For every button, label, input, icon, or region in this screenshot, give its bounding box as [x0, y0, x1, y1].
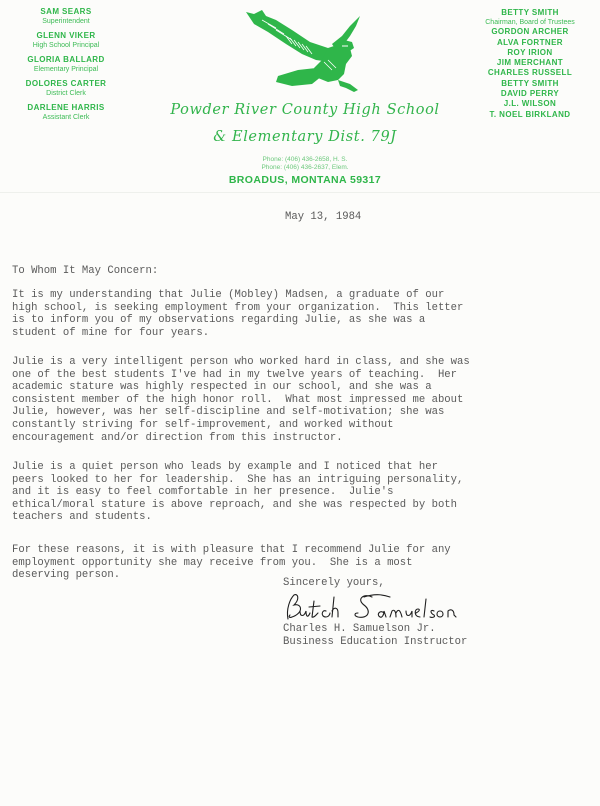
letter-date: May 13, 1984 — [285, 211, 361, 224]
city-address: BROADUS, MONTANA 59317 — [200, 174, 410, 186]
trustee-name: J.L. WILSON — [470, 99, 590, 109]
staff-role: Elementary Principal — [18, 65, 114, 74]
trustee-name: CHARLES RUSSELL — [470, 68, 590, 78]
trustee-name: T. NOEL BIRKLAND — [470, 110, 590, 120]
trustee-name: ALVA FORTNER — [470, 38, 590, 48]
paragraph-3: Julie is a quiet person who leads by exa… — [12, 461, 463, 524]
signature: Butch Samuelson — [280, 591, 480, 625]
staff-entry: DOLORES CARTER District Clerk — [18, 78, 114, 98]
staff-name: SAM SEARS — [18, 6, 114, 17]
trustee-name: ROY IRION — [470, 48, 590, 58]
school-name: Powder River County High School — [150, 102, 460, 118]
staff-entry: GLENN VIKER High School Principal — [18, 30, 114, 50]
closing: Sincerely yours, — [283, 577, 385, 590]
staff-entry: GLORIA BALLARD Elementary Principal — [18, 54, 114, 74]
staff-role: Assistant Clerk — [18, 113, 114, 122]
staff-role: Superintendent — [18, 17, 114, 26]
staff-role: District Clerk — [18, 89, 114, 98]
trustee-role: Chairman, Board of Trustees — [470, 18, 590, 27]
staff-name: GLENN VIKER — [18, 30, 114, 41]
staff-name: GLORIA BALLARD — [18, 54, 114, 65]
trustee-name: JIM MERCHANT — [470, 58, 590, 68]
eagle-icon — [232, 4, 382, 98]
phone-elem: Phone: (406) 436-2637, Elem. — [200, 164, 410, 172]
phone-hs: Phone: (406) 436-2658, H. S. — [200, 156, 410, 164]
paragraph-4: For these reasons, it is with pleasure t… — [12, 544, 451, 582]
paragraph-2: Julie is a very intelligent person who w… — [12, 356, 470, 444]
school-district: & Elementary Dist. 79J — [150, 129, 460, 145]
salutation: To Whom It May Concern: — [12, 265, 158, 278]
staff-entry: SAM SEARS Superintendent — [18, 6, 114, 26]
staff-name: DOLORES CARTER — [18, 78, 114, 89]
staff-list: SAM SEARS Superintendent GLENN VIKER Hig… — [18, 6, 114, 126]
phone-block: Phone: (406) 436-2658, H. S. Phone: (406… — [200, 156, 410, 172]
staff-name: DARLENE HARRIS — [18, 102, 114, 113]
staff-entry: DARLENE HARRIS Assistant Clerk — [18, 102, 114, 122]
trustee-name: DAVID PERRY — [470, 89, 590, 99]
signer-name: Charles H. Samuelson Jr. — [283, 623, 436, 636]
paragraph-1: It is my understanding that Julie (Moble… — [12, 289, 463, 339]
staff-role: High School Principal — [18, 41, 114, 50]
trustee-name: BETTY SMITH — [470, 79, 590, 89]
signer-title: Business Education Instructor — [283, 636, 467, 649]
letter-page: SAM SEARS Superintendent GLENN VIKER Hig… — [0, 0, 600, 806]
trustee-name: GORDON ARCHER — [470, 27, 590, 37]
trustees-list: BETTY SMITH Chairman, Board of Trustees … — [470, 8, 590, 120]
trustee-name: BETTY SMITH — [470, 8, 590, 18]
letterhead-divider — [0, 192, 600, 193]
